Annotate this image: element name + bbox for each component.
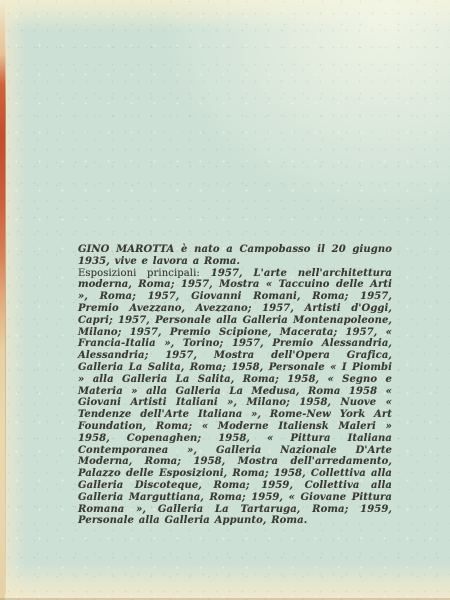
spine-shadow-line — [5, 42, 7, 594]
bio-paragraph: GINO MAROTTA è nato a Campobasso il 20 g… — [78, 244, 392, 268]
exhibitions-paragraph: Esposizioni principali: 1957, L'arte nel… — [78, 268, 392, 528]
scanned-page: GINO MAROTTA è nato a Campobasso il 20 g… — [0, 0, 450, 600]
exhibitions-label: Esposizioni principali: — [78, 268, 200, 279]
text-block: GINO MAROTTA è nato a Campobasso il 20 g… — [78, 244, 392, 527]
bio-text: GINO MAROTTA è nato a Campobasso il 20 g… — [78, 244, 392, 267]
exhibitions-text: 1957, L'arte nell'architettura moderna, … — [78, 268, 392, 527]
